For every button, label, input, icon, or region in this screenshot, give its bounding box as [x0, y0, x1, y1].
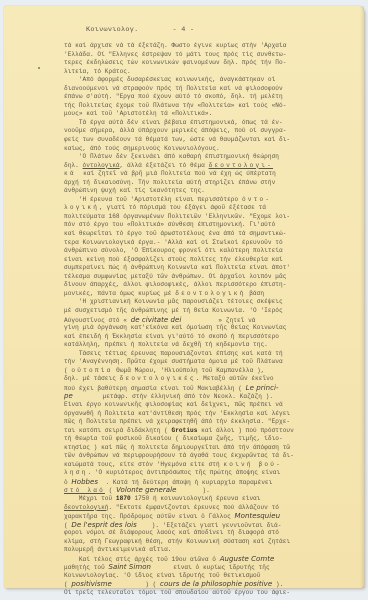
text-line: άνθρώπινη ψυχή καί τίς ίκανότητες της.	[64, 187, 354, 196]
text-line: ( οὐτοπία Θωμᾶ Μώρου, 'Ηλιούπολη τοῦ Καμ…	[64, 367, 354, 376]
text-run: . Κατά τή δεύτερη άποψη ή κυριαρχία παρα…	[98, 479, 272, 486]
text-line: μους» καί τοῦ 'Αριστοτέλη τά «Πολιτικά».	[64, 110, 354, 119]
text-line: τά καί άρχισε νά τά έξετάζη. Φωστο έγινε…	[64, 42, 354, 51]
text-line: Είναι έργο κοινωνικῆς φιλοσοφίας καί δεί…	[64, 401, 354, 410]
text-run: δίνουν άπαρχές, άλλοι φιλοσοφικές, άλλοι…	[64, 281, 286, 288]
text-line: διανοούμενοι νά στραφούν πρός τή Πολιτεί…	[64, 85, 354, 94]
text-run: Είναι έργο κοινωνικῆς φιλοσοφίας καί δεί…	[64, 401, 283, 408]
text-line: ὁ Hobbes . Κατά τή δεύτερη άποψη ή κυρια…	[64, 478, 354, 487]
text-run: μους» καί τοῦ 'Αριστοτέλη τά «Πολιτικά».	[64, 110, 212, 117]
text-line: τή θεωρία τοῦ φυσικοῦ δικαίου ( δικαίωμα…	[64, 435, 354, 444]
text-line: γίνη μιά όργάνωση κατ'είκόνα καί όμοίωση…	[64, 324, 354, 333]
text-line: πῶς ή Πολιτεία πρέπει νά χειραφετηθῆ άπό…	[64, 418, 354, 427]
text-line: Κοινωνιολογίας. 'Ο ίδιος είναι ίδρυτής τ…	[64, 572, 354, 581]
text-line: χαρακτῆρα της. Πρόδρομος αύτῶν είναι ὁ Γ…	[64, 512, 354, 521]
text-line: νοοῦμε σήμερα, άλλά ύπάρχουν μερικές άπό…	[64, 127, 354, 136]
text-run: ) (	[112, 581, 160, 588]
text-run: 'Η έρευνα τοῦ 'Αριστοτέλη είναι περισσότ…	[64, 196, 242, 203]
handwritten-insert: De l'esprit des lois	[71, 521, 136, 529]
text-line: 'Από άφορμές δυσαρέσκειας κοινωνικής, άν…	[64, 76, 354, 85]
text-line: 'Η έρευνα τοῦ 'Αριστοτέλη είναι περισσότ…	[64, 196, 354, 205]
text-line: καί έπειδή ή Έκκλησία είναι γι'αύτό τό σ…	[64, 333, 354, 342]
text-run: πόν στό έργο του «Πολιτικά» σύνθεση έπισ…	[64, 221, 275, 228]
page-header: Κοινωνιολογ.- 4 -	[86, 26, 194, 34]
handwritten-insert: Montesquieu	[235, 512, 281, 520]
handwritten-insert: Hobbes	[71, 478, 98, 486]
text-run: κατάλληλη, πρέπει ή πολιτεία νά δεχθῆ τή…	[64, 341, 268, 348]
text-run: άνθρώπινη ψυχή καί τίς ίκανότητες της.	[64, 187, 205, 194]
text-run: Αύγουστῖνος στό «	[64, 317, 131, 324]
text-line: κατάλληλη, πρέπει ή πολιτεία νά δεχθῆ τή…	[64, 341, 354, 350]
text-line: pe μετάφρ. στήν έλληνική άπό τόν Νεοκλ. …	[64, 392, 354, 401]
text-line: τής Πολιτείας έχομε τοῦ Πλάτωνα τήν «Πολ…	[64, 102, 354, 111]
text-line: συμπεραίνει πώς ή άνθρώπινη Κοινωνία καί…	[64, 264, 354, 273]
text-run: τή θεωρία τοῦ φυσικοῦ δικαίου ( δικαίωμα…	[64, 435, 283, 442]
text-run: Οί τρεῖς τελευταῖοι τόμοι τοῦ σπουδαίου …	[64, 589, 290, 596]
text-line: τερα Κοινωνιολογικά έργα.- 'Αλλά καί οί …	[64, 239, 354, 248]
text-line: 'Ελλάδα. Οί "Ελληνες έστρεψαν τό μάτι το…	[64, 51, 354, 60]
text-run: καί ζητεῖ νά βρῆ μιά Πολιτεία πού νά έχη…	[76, 170, 276, 177]
text-run: μονικές, πάντα όμως κυρίως μέ	[64, 290, 175, 297]
text-run: λιτεία, τό Κράτος.	[64, 68, 131, 75]
text-run: Καί τέλος στίς άρχές τοῦ 19ου αίῶνα ὁ	[64, 556, 220, 563]
text-line: καίως, άπό τούς σημερινούς Κοινωνιολόγου…	[64, 145, 354, 154]
handwritten-insert: cours de la philosophie positive	[160, 580, 272, 588]
text-run: » ζητεῖ νά	[181, 317, 255, 324]
text-line: πού έχει βαθύτερη σημασία είναι τοῦ Μακι…	[64, 384, 354, 393]
text-line: κά καί ζητεῖ νά βρῆ μιά Πολιτεία πού νά …	[64, 170, 354, 179]
typewritten-page: Κοινωνιολογ.- 4 - τά καί άρχισε νά τά έξ…	[4, 6, 364, 588]
text-run: δεοντολογική	[175, 290, 245, 297]
text-run: 'Η χριστιανική Κοινωνία μᾶς παρουσιάζει …	[64, 298, 283, 305]
text-run: στό λαό	[64, 487, 105, 494]
text-line: είναι κείνη πού έξασφαλίζει στούς πολίτε…	[64, 256, 354, 265]
text-run: Τά έργα αύτά δέν είναι βέβαια έπιστημονι…	[64, 119, 283, 126]
text-run: . Μεταξύ αύτῶν έκεῖνο	[196, 375, 274, 382]
text-run: 'Από άφορμές δυσαρέσκειας κοινωνικής, άν…	[64, 76, 275, 83]
text-run: , γιατί τό πόρισμά του έξάγει άφοῦ έξέτα…	[99, 204, 266, 211]
text-run: τῶν άνθρώπων νά περιφρουρήσουν τά άγαθά …	[64, 452, 294, 459]
text-run: Τάσεις τέτιας έρευνας παρουσιάζονται έπί…	[64, 350, 283, 357]
text-run: διανοούμενοι νά στραφούν πρός τή Πολιτεί…	[64, 85, 283, 92]
text-run: 1750 ή κοινωνιολογική έρευνα είναι	[131, 495, 261, 502]
text-run: βάση	[246, 290, 265, 297]
handwritten-insert: Saint Simon	[108, 563, 151, 571]
text-run: είναι ὁ κυρίως ίδρυτής τῆς	[151, 564, 270, 571]
text-run: έπάνω σ'αύτή. "Εργα πού έχουν αύτό τό σκ…	[64, 93, 283, 100]
text-line: δηλ. μέ τάσεις δεοντολογικές. Μεταξύ αύτ…	[64, 375, 354, 384]
text-line: τερες έκδηλώσεις τών κοινωνικών φαινομέν…	[64, 59, 354, 68]
running-head: Κοινωνιολογ.	[86, 26, 139, 34]
text-line: πόν στό έργο του «Πολιτικά» σύνθεση έπισ…	[64, 221, 354, 230]
text-line: Οί τρεῖς τελευταῖοι τόμοι τοῦ σπουδαίου …	[64, 589, 354, 598]
text-run: 'Ελλάδα. Οί "Ελληνες έστρεψαν τό μάτι το…	[64, 51, 286, 58]
text-run: ληση	[64, 469, 87, 476]
text-run: δηλ.	[64, 162, 83, 169]
text-line: λιτεία, τό Κράτος.	[64, 68, 354, 77]
text-line: ( De l'esprit des lois ). 'Εξετάζει γιατ…	[64, 521, 354, 530]
text-line: πολυμερῆ άντικειμενικά αἴτια.	[64, 546, 354, 555]
margin-mark	[38, 67, 40, 69]
text-line: στό λαό ( Volonte generale ).	[64, 486, 354, 495]
text-run: πῶς ή Πολιτεία πρέπει νά χειραφετηθῆ άπό…	[64, 418, 290, 425]
handwritten-insert: de civitate dei	[131, 316, 182, 324]
text-line: άρχή τή δικαιοσύνη. Τήν πολιτεία αύτή στ…	[64, 179, 354, 188]
text-run: καί θεωρεῖται τό έργο τοῦ άρωστοτέλους έ…	[64, 230, 286, 237]
handwritten-insert: pe	[64, 392, 73, 400]
text-run: μετάφρ. στήν έλληνική άπό τόν Νεοκλ. Καζ…	[73, 393, 273, 400]
text-run: είναι κείνη πού έξασφαλίζει στούς πολίτε…	[64, 256, 283, 263]
text-run: φείς των συναδέουν τά θέματά των, ώστε ν…	[64, 136, 290, 143]
text-run: 'Ο Πλάτων δέν ξεκινάει άπό καθαρή έπιστη…	[64, 153, 279, 160]
text-run: (	[105, 487, 116, 494]
text-line: δεοντολογική. "Εκτοτε έμφανίζονται έρευν…	[64, 504, 354, 513]
text-run: τήν 'Αναγέννηση. Πρῶτα έχομε συστήματα ό…	[64, 358, 283, 365]
text-run: οὐτοπία	[71, 367, 112, 374]
ink-correction: Grotius	[172, 427, 198, 434]
text-run: όντολογικά	[83, 162, 120, 169]
text-run: ).	[176, 487, 209, 494]
text-line: καιώματά τους, είτε στόν 'Ηγεμόνα είτε σ…	[64, 461, 354, 470]
text-line: Αύγουστῖνος στό « de civitate dei » ζητε…	[64, 316, 354, 325]
ink-correction: 1870	[116, 495, 131, 502]
handwritten-insert: positivisme	[71, 580, 111, 588]
text-line: καί θεωρεῖται τό έργο τοῦ άρωστοτέλους έ…	[64, 230, 354, 239]
text-run: άρχή τή δικαιοσύνη. Τήν πολιτεία αύτή στ…	[64, 179, 275, 186]
text-run: ται κατόπι σειρά διδάκλητη (	[64, 427, 172, 434]
handwritten-insert: Le princi-	[246, 384, 279, 392]
text-run: δηλ. μέ τάσεις	[64, 375, 120, 382]
text-line: τήν 'Αναγέννηση. Πρῶτα έχομε συστήματα ό…	[64, 358, 354, 367]
text-line: ( positivisme ) ( cours de la philosophi…	[64, 580, 354, 589]
text-run: τέλεσμα συμφωνίας μεταξύ τῶν άνθρώπων. Ο…	[64, 273, 286, 280]
text-run: δεοντολογι-	[209, 162, 273, 169]
text-run: Μέχρι τοῦ	[64, 495, 116, 502]
text-line: κλίμα, στή Γεωγραφική θέση, στήν Κοινωνι…	[64, 538, 354, 547]
text-line: Τά έργα αύτά δέν είναι βέβαια έπιστημονι…	[64, 119, 354, 128]
text-line: άνθρώπινο σύνολο, 'Ο Έπίκουρος φρονεῖ ότ…	[64, 247, 354, 256]
text-run: κά	[64, 170, 76, 177]
text-run: νοοῦμε σήμερα, άλλά ύπάρχουν μερικές άπό…	[64, 127, 286, 134]
text-run: όργανωθῆ ή Πολιτεία κατ'άντίθεση πρός τή…	[64, 410, 290, 417]
text-run: κτησίας ) καί πῶς ή πολιτεία δημιουργεῖτ…	[64, 444, 290, 451]
text-run: . 'Ο κυριότερος άντιπρόσωπος τῆς πρώτης …	[87, 469, 280, 476]
text-line: ληση. 'Ο κυριότερος άντιπρόσωπος τῆς πρώ…	[64, 469, 354, 478]
text-run: Κοινωνιολογίας. 'Ο ίδιος είναι ίδρυτής τ…	[64, 572, 260, 579]
text-run: γίνη μιά όργάνωση κατ'είκόνα καί όμοίωση…	[64, 324, 286, 331]
text-run: καιώματά τους, είτε στόν 'Ηγεμόνα είτε σ…	[64, 461, 223, 468]
text-line: τέλεσμα συμφωνίας μεταξύ τῶν άνθρώπων. Ο…	[64, 273, 354, 282]
text-run: κλίμα, στή Γεωγραφική θέση, στήν Κοινωνι…	[64, 538, 290, 545]
text-run: , άλλά έξετάζει τό θέμα	[120, 162, 209, 169]
text-run: τερα Κοινωνιολογικά έργα.- 'Αλλά καί οί …	[64, 239, 283, 246]
text-line: τῶν άνθρώπων νά περιφρουρήσουν τά άγαθά …	[64, 452, 354, 461]
text-run: λογική	[64, 204, 99, 211]
text-line: φοροι νόμοι σέ διάφορους λαούς καί άποδί…	[64, 529, 354, 538]
text-run: πολιτεύματα 168 όργανωμένων Πολιτειῶν 'Ε…	[64, 213, 290, 220]
text-line: μονικές, πάντα όμως κυρίως μέ δεοντολογι…	[64, 290, 354, 299]
text-run: μέ συσχετισμό τῆς άνθρώπινης μέ τή Θεία …	[64, 307, 283, 314]
text-line: 'Η χριστιανική Κοινωνία μᾶς παρουσιάζει …	[64, 298, 354, 307]
text-line: Τάσεις τέτιας έρευνας παρουσιάζονται έπί…	[64, 350, 354, 359]
text-run: άνθρώπινο σύνολο, 'Ο Έπίκουρος φρονεῖ ότ…	[64, 247, 283, 254]
page-number: - 4 -	[173, 26, 195, 34]
text-run: πού έχει βαθύτερη σημασία είναι τοῦ Μακι…	[64, 385, 246, 392]
text-run: δεοντολογική	[64, 504, 108, 511]
text-line: μαθητής τοῦ Saint Simon είναι ὁ κυρίως ί…	[64, 563, 354, 572]
text-run: καίως, άπό τούς σημερινούς Κοινωνιολόγου…	[64, 145, 220, 152]
text-run: καί άλλοι ) πού πρόσττουν	[197, 427, 293, 434]
text-run: τής Πολιτείας έχομε τοῦ Πλάτωνα τήν «Πολ…	[64, 102, 286, 109]
text-run: κοινή βού-	[223, 461, 282, 468]
text-run: ).	[272, 581, 283, 588]
text-line: όργανωθῆ ή Πολιτεία κατ'άντίθεση πρός τή…	[64, 410, 354, 419]
text-line: δίνουν άπαρχές, άλλοι φιλοσοφικές, άλλοι…	[64, 281, 354, 290]
text-run: δεοντολογικές	[120, 375, 196, 382]
text-line: λογική, γιατί τό πόρισμά του έξάγει άφοῦ…	[64, 204, 354, 213]
text-run: χαρακτῆρα της. Πρόδρομος αύτῶν είναι ὁ Γ…	[64, 513, 235, 520]
text-run: πολυμερῆ άντικειμενικά αἴτια.	[64, 546, 172, 553]
text-run: μαθητής τοῦ	[64, 564, 108, 571]
text-line: Καί τέλος στίς άρχές τοῦ 19ου αίῶνα ὁ Au…	[64, 555, 354, 564]
text-line: Μέχρι τοῦ 1870 1750 ή κοινωνιολογική έρε…	[64, 495, 354, 504]
text-run: συμπεραίνει πώς ή άνθρώπινη Κοινωνία καί…	[64, 264, 290, 271]
text-run: Θωμᾶ Μώρου, 'Ηλιούπολη τοῦ Καμπανέλλα ),	[112, 367, 264, 374]
text-line: έπάνω σ'αύτή. "Εργα πού έχουν αύτό τό σκ…	[64, 93, 354, 102]
handwritten-insert: Volonte generale	[116, 486, 176, 494]
text-run: . "Εκτοτε έμφανίζονται έρευνες πού άλλάζ…	[108, 504, 279, 511]
text-run: ). 'Εξετάζει γιατί γεννιοῦνται διά-	[137, 522, 282, 529]
text-line: κτησίας ) καί πῶς ή πολιτεία δημιουργεῖτ…	[64, 444, 354, 453]
text-run: τά καί άρχισε νά τά έξετάζη. Φωστο έγινε…	[64, 42, 286, 49]
text-run: καί έπειδή ή Έκκλησία είναι γι'αύτό τό σ…	[64, 333, 279, 340]
text-line: 'Ο Πλάτων δέν ξεκινάει άπό καθαρή έπιστη…	[64, 153, 354, 162]
text-run: τερες έκδηλώσεις τών κοινωνικών φαινομέν…	[64, 59, 286, 66]
text-line: πολιτεύματα 168 όργανωμένων Πολιτειῶν 'Ε…	[64, 213, 354, 222]
text-line: ται κατόπι σειρά διδάκλητη ( Grotius καί…	[64, 427, 354, 436]
text-line: δηλ. όντολογικά, άλλά έξετάζει τό θέμα δ…	[64, 162, 354, 171]
text-line: μέ συσχετισμό τῆς άνθρώπινης μέ τή Θεία …	[64, 307, 354, 316]
text-line: φείς των συναδέουν τά θέματά των, ώστε ν…	[64, 136, 354, 145]
handwritten-insert: Auguste Comte	[220, 555, 275, 563]
body-text: τά καί άρχισε νά τά έξετάζη. Φωστο έγινε…	[64, 42, 354, 598]
text-run: φοροι νόμοι σέ διάφορους λαούς καί άποδί…	[64, 529, 279, 536]
text-run: όντο-	[242, 196, 271, 203]
